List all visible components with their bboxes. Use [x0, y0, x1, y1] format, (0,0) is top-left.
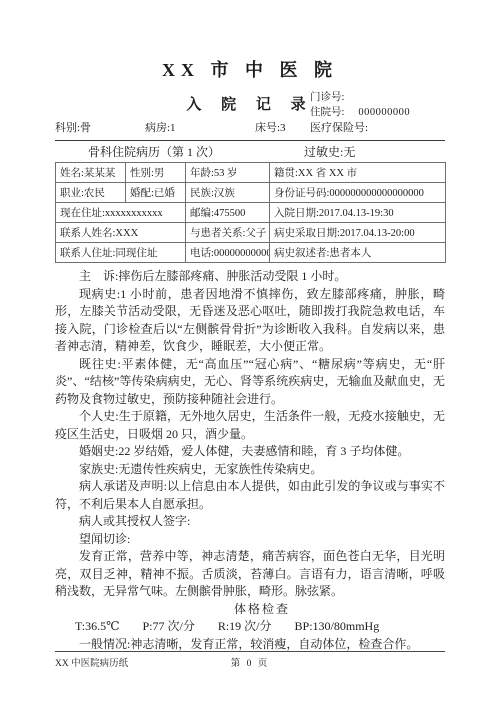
- current-address-cell: 现在住址:xxxxxxxxxxx: [56, 203, 186, 223]
- hospital-name: XX 市 中 医 院: [55, 56, 445, 82]
- page-footer: XX 中医院病历纸 第 0 页: [55, 651, 445, 669]
- registration-numbers: 门诊号: 住院号:000000000: [310, 90, 410, 120]
- page-content: XX 市 中 医 院 入 院 记 录 门诊号: 住院号:000000000 科别…: [55, 0, 445, 653]
- title-block: 入 院 记 录 门诊号: 住院号:000000000: [55, 93, 445, 114]
- bed-field: 床号:3: [255, 121, 310, 135]
- chief-complaint: 主 诉:摔伤后左膝部疼痛、肿胀活动受限 1 小时。: [55, 268, 445, 286]
- gender-cell: 性别:男: [126, 163, 186, 183]
- signature-line: 病人或其授权人签字:: [55, 513, 445, 531]
- table-row: 现在住址:xxxxxxxxxxx 邮编:475500 入院日期:2017.04.…: [56, 203, 446, 223]
- inpatient-number-value: 000000000: [358, 107, 410, 118]
- table-row: 姓名:某某某 性别:男 年龄:53 岁 籍贯:XX 省 XX 市: [56, 163, 446, 183]
- temperature-value: T:36.5℃: [75, 618, 120, 636]
- footer-inner: XX 中医院病历纸 第 0 页: [55, 652, 445, 669]
- inpatient-number-line: 住院号:000000000: [310, 105, 410, 120]
- age-cell: 年龄:53 岁: [186, 163, 270, 183]
- footer-page-number: 第 0 页: [55, 655, 445, 669]
- phone-cell: 电话:000000000000: [186, 243, 270, 263]
- admission-date-cell: 入院日期:2017.04.13-19:30: [270, 203, 446, 223]
- admission-record-page: XX 市 中 医 院 入 院 记 录 门诊号: 住院号:000000000 科别…: [0, 0, 500, 707]
- pulse-value: P:77 次/分: [143, 618, 195, 636]
- present-illness-history: 现病史:1 小时前，患者因地滑不慎摔伤，致左膝部疼痛，肿胀，畸形，左膝关节活动受…: [55, 286, 445, 356]
- history-date-cell: 病史采取日期:2017.04.13-20:00: [270, 223, 446, 243]
- marriage-history: 婚姻史:22 岁结婚，爱人体健，夫妻感情和睦，育 3 子均体健。: [55, 443, 445, 461]
- postal-code-cell: 邮编:475500: [186, 203, 270, 223]
- personal-history: 个人史:生于原籍，无外地久居史，生活条件一般，无疫水接触史，无疫区生活史，日吸烟…: [55, 408, 445, 443]
- allergy-history-field: 过敏史:无: [304, 145, 355, 159]
- department-field: 科别:骨: [55, 121, 145, 135]
- department-row: 科别:骨 病房:1 床号:3 医疗保险号:: [55, 121, 445, 135]
- outpatient-number-label: 门诊号:: [310, 92, 344, 103]
- physical-exam-heading: 体格检查: [55, 601, 445, 619]
- outpatient-number-line: 门诊号:: [310, 90, 410, 105]
- table-row: 联系人姓名:XXX 与患者关系:父子 病史采取日期:2017.04.13-20:…: [56, 223, 446, 243]
- contact-name-cell: 联系人姓名:XXX: [56, 223, 186, 243]
- record-type-label: 骨科住院病历（第 1 次）: [88, 145, 220, 159]
- inpatient-number-label: 住院号:: [310, 107, 344, 118]
- tcm-exam-findings: 发育正常，营养中等，神志清楚，痛苦病容，面色苍白无华，目光明亮，双目乏神，精神不…: [55, 548, 445, 601]
- history-narrator-cell: 病史叙述者:患者本人: [270, 243, 446, 263]
- ward-field: 病房:1: [145, 121, 255, 135]
- respiration-value: R:19 次/分: [218, 618, 272, 636]
- table-row: 联系人住址:同现住址 电话:000000000000 病史叙述者:患者本人: [56, 243, 446, 263]
- table-row: 职业:农民 婚配:已婚 民族:汉族 身份证号码:0000000000000000…: [56, 183, 446, 203]
- tcm-exam-label: 望闻切诊:: [55, 531, 445, 549]
- id-number-cell: 身份证号码:000000000000000000: [270, 183, 446, 203]
- occupation-cell: 职业:农民: [56, 183, 126, 203]
- medical-record-body: 主 诉:摔伤后左膝部疼痛、肿胀活动受限 1 小时。 现病史:1 小时前，患者因地…: [55, 268, 445, 653]
- insurance-number-label: 医疗保险号:: [310, 121, 445, 135]
- contact-address-cell: 联系人住址:同现住址: [56, 243, 186, 263]
- blood-pressure-value: BP:130/80mmHg: [295, 618, 380, 636]
- marital-status-cell: 婚配:已婚: [126, 183, 186, 203]
- vital-signs-row: T:36.5℃ P:77 次/分 R:19 次/分 BP:130/80mmHg: [55, 618, 445, 636]
- ethnicity-cell: 民族:汉族: [186, 183, 270, 203]
- record-type-row: 骨科住院病历（第 1 次） 过敏史:无: [55, 141, 445, 162]
- family-history: 家族史:无遗传性疾病史，无家族性传染病史。: [55, 461, 445, 479]
- name-cell: 姓名:某某某: [56, 163, 126, 183]
- patient-declaration: 病人承诺及声明:以上信息由本人提供，如由此引发的争议或与事实不符，不利后果本人自…: [55, 478, 445, 513]
- past-history: 既往史:平素体健，无“高血压”“冠心病”、“糖尿病”等病史，无“肝炎”、“结核”…: [55, 356, 445, 409]
- patient-info-table: 姓名:某某某 性别:男 年龄:53 岁 籍贯:XX 省 XX 市 职业:农民 婚…: [55, 162, 446, 263]
- relationship-cell: 与患者关系:父子: [186, 223, 270, 243]
- native-place-cell: 籍贯:XX 省 XX 市: [270, 163, 446, 183]
